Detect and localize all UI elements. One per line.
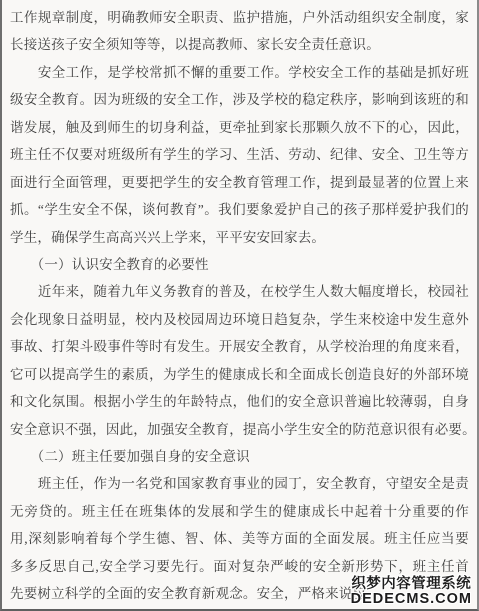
text-line: 班主任，作为一名党和国家教育事业的园丁，安全教育，守望安全是责: [10, 470, 469, 497]
text-line: 近年来，随着九年义务教育的普及，在校学生人数大幅度增长，校园社: [10, 278, 469, 305]
text-line: 级安全教育。因为班级的安全工作，涉及学校的稳定秩序，影响到该班的和: [10, 86, 469, 113]
text-line: 安全意识不强，因此，加强安全教育，提高小学生安全的防范意识很有必要。: [10, 416, 469, 443]
text-line: 面进行全面管理，更要把学生的安全教育管理工作，提到最显著的位置上来: [10, 169, 469, 196]
text-line: 用,深刻影响着每个学生德、智、体、美等方面的全面发展。班主任应当要: [10, 525, 469, 552]
watermark-chinese-text: 织梦内容管理系统: [351, 576, 472, 592]
text-line: 安全工作，是学校常抓不懈的重要工作。学校安全工作的基础是抓好班: [10, 59, 469, 86]
text-line: 它可以提高学生的素质，为学生的健康成长和全面成长创造良好的外部环境: [10, 361, 469, 388]
text-line: 抓。“学生安全不保，谈何教育”。我们要象爱护自己的孩子那样爱护我们的: [10, 196, 469, 223]
text-line: 长接送孩子安全须知等等，以提高教师、家长安全责任意识。: [10, 31, 469, 58]
text-line: 学生，确保学生高高兴兴上学来，平平安安回家去。: [10, 224, 469, 251]
watermark: 织梦内容管理系统 DEDECMS.COM: [351, 576, 472, 607]
text-line: 班主任不仅要对班级所有学生的学习、生活、劳动、纪律、安全、卫生等方: [10, 141, 469, 168]
document-body: 工作规章制度，明确教师安全职责、监护措施，户外活动组织安全制度，家 长接送孩子安…: [2, 0, 477, 609]
text-line: 事故、打架斗殴事件等时有发生。开展安全教育，从学校治理的角度来看，: [10, 333, 469, 360]
text-line: 无旁贷的。班主任在班集体的发展和学生的健康成长中起着十分重要的作: [10, 498, 469, 525]
section-heading-1: （一）认识安全教育的必要性: [10, 251, 469, 278]
text-line: 工作规章制度，明确教师安全职责、监护措施，户外活动组织安全制度，家: [10, 4, 469, 31]
document-page: 工作规章制度，明确教师安全职责、监护措施，户外活动组织安全制度，家 长接送孩子安…: [0, 0, 479, 611]
text-line: 会化现象日益明显，校内及校园周边环境日趋复杂，学生来校途中发生意外: [10, 306, 469, 333]
text-line: 和文化氛围。根据小学生的年龄特点，他们的安全意识普遍比较薄弱，自身: [10, 388, 469, 415]
section-heading-2: （二）班主任要加强自身的安全意识: [10, 443, 469, 470]
watermark-site-name: DEDECMS.COM: [351, 592, 472, 607]
text-line: 谐发展，触及到师生的切身利益，更牵扯到家长那颗久放不下的心，因此，: [10, 114, 469, 141]
